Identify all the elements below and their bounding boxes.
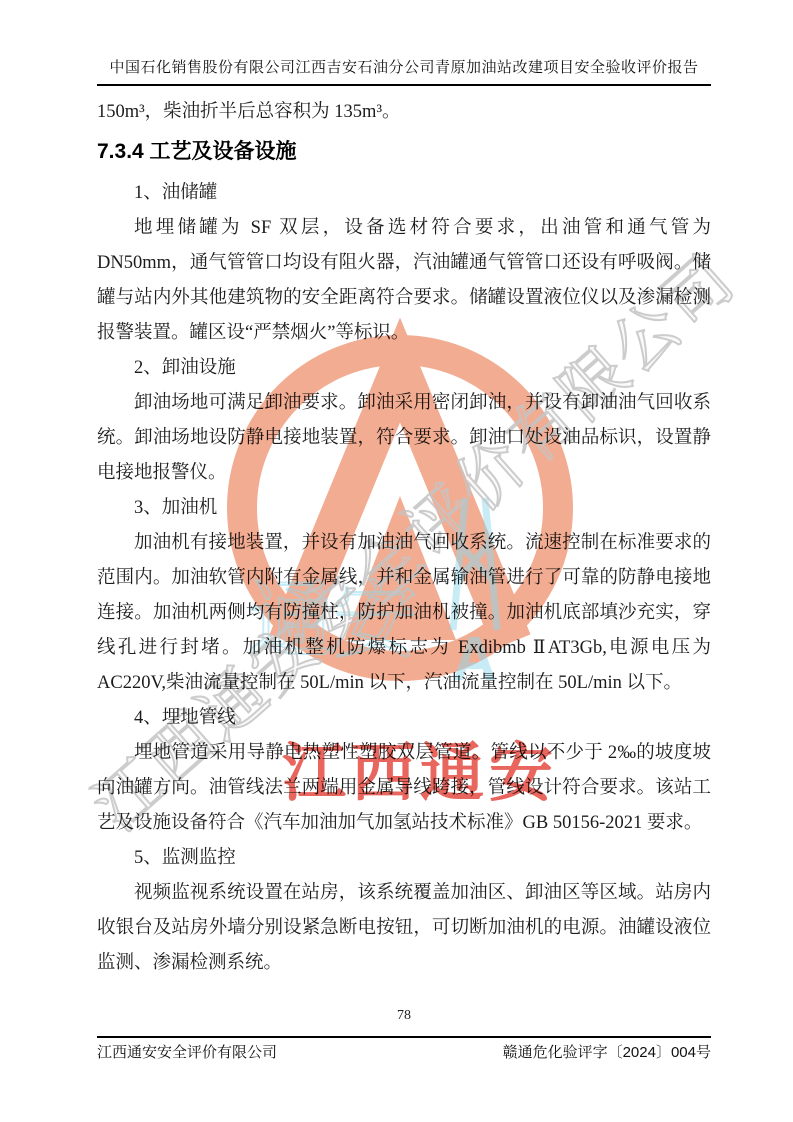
page-number: 78	[97, 1008, 711, 1024]
intro-paragraph: 150m³，柴油折半后总容积为 135m³。	[97, 95, 711, 130]
header-title: 中国石化销售股份有限公司江西吉安石油分公司青原加油站改建项目安全验收评价报告	[109, 59, 698, 76]
page-footer: 江西通安安全评价有限公司 赣通危化验评字〔2024〕004号	[97, 1041, 711, 1062]
list-item-label: 3、加油机	[97, 491, 711, 526]
list-item: 2、卸油设施 卸油场地可满足卸油要求。卸油采用密闭卸油，并设有卸油油气回收系统。…	[97, 351, 711, 491]
list-item: 4、埋地管线 埋地管道采用导静电热塑性塑胶双层管道。管线以不少于 2‰的坡度坡向…	[97, 701, 711, 841]
list-item: 5、监测监控 视频监视系统设置在站房，该系统覆盖加油区、卸油区等区域。站房内收银…	[97, 841, 711, 981]
list-item-text: 加油机有接地装置，并设有加油油气回收系统。流速控制在标准要求的范围内。加油软管内…	[97, 526, 711, 701]
list-item-label: 2、卸油设施	[97, 351, 711, 386]
list-item-text: 地埋储罐为 SF 双层，设备选材符合要求，出油管和通气管为 DN50mm，通气管…	[97, 211, 711, 351]
report-page: 中国石化销售股份有限公司江西吉安石油分公司青原加油站改建项目安全验收评价报告 1…	[0, 0, 793, 1122]
list-item-label: 5、监测监控	[97, 841, 711, 876]
section-heading: 7.3.4 工艺及设备设施	[97, 132, 711, 172]
footer-document-number: 赣通危化验评字〔2024〕004号	[503, 1041, 711, 1062]
footer-divider	[97, 1036, 711, 1038]
list-item: 1、油储罐 地埋储罐为 SF 双层，设备选材符合要求，出油管和通气管为 DN50…	[97, 176, 711, 351]
list-item-label: 1、油储罐	[97, 176, 711, 211]
footer-company-name: 江西通安安全评价有限公司	[97, 1041, 277, 1062]
list-item-label: 4、埋地管线	[97, 701, 711, 736]
list-item-text: 视频监视系统设置在站房，该系统覆盖加油区、卸油区等区域。站房内收银台及站房外墙分…	[97, 876, 711, 981]
page-header: 中国石化销售股份有限公司江西吉安石油分公司青原加油站改建项目安全验收评价报告	[97, 56, 711, 86]
list-item-text: 卸油场地可满足卸油要求。卸油采用密闭卸油，并设有卸油油气回收系统。卸油场地设防静…	[97, 386, 711, 491]
list-item: 3、加油机 加油机有接地装置，并设有加油油气回收系统。流速控制在标准要求的范围内…	[97, 491, 711, 701]
list-item-text: 埋地管道采用导静电热塑性塑胶双层管道。管线以不少于 2‰的坡度坡向油罐方向。油管…	[97, 736, 711, 841]
page-body: 150m³，柴油折半后总容积为 135m³。 7.3.4 工艺及设备设施 1、油…	[97, 95, 711, 981]
